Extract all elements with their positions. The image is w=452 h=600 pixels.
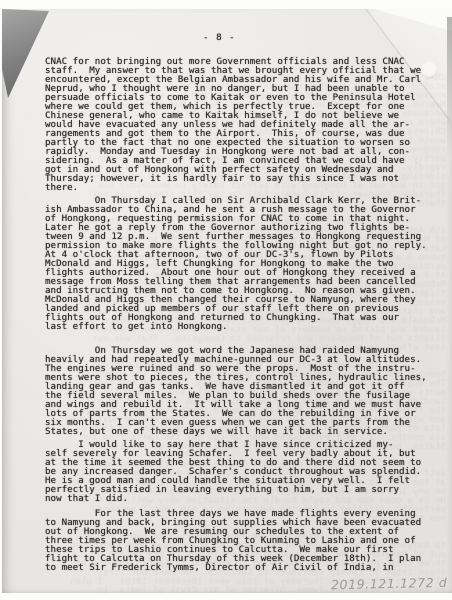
paper-sheet: CNAC for not bringing out more Governmen… (2, 9, 452, 593)
paragraph: On Thursday we got word the Japanese had… (45, 346, 444, 436)
scanned-page: CNAC for not bringing out more Governmen… (0, 0, 452, 600)
page-number: - 8 - (203, 33, 236, 42)
document-body: CNAC for not bringing out more Governmen… (45, 57, 444, 572)
paragraph: On Thursday I called on Sir Archibald Cl… (45, 196, 444, 331)
paper-right-edge-shadow (447, 17, 452, 157)
paragraph: I would like to say here that I have sin… (45, 440, 444, 503)
paragraph: For the last three days we have made fli… (45, 509, 444, 572)
paragraph: CNAC for not bringing out more Governmen… (45, 57, 444, 192)
accession-number: 2019.121.1272 d (331, 575, 448, 592)
typed-content: - 8 - CNAC for not bringing out more Gov… (45, 9, 444, 572)
